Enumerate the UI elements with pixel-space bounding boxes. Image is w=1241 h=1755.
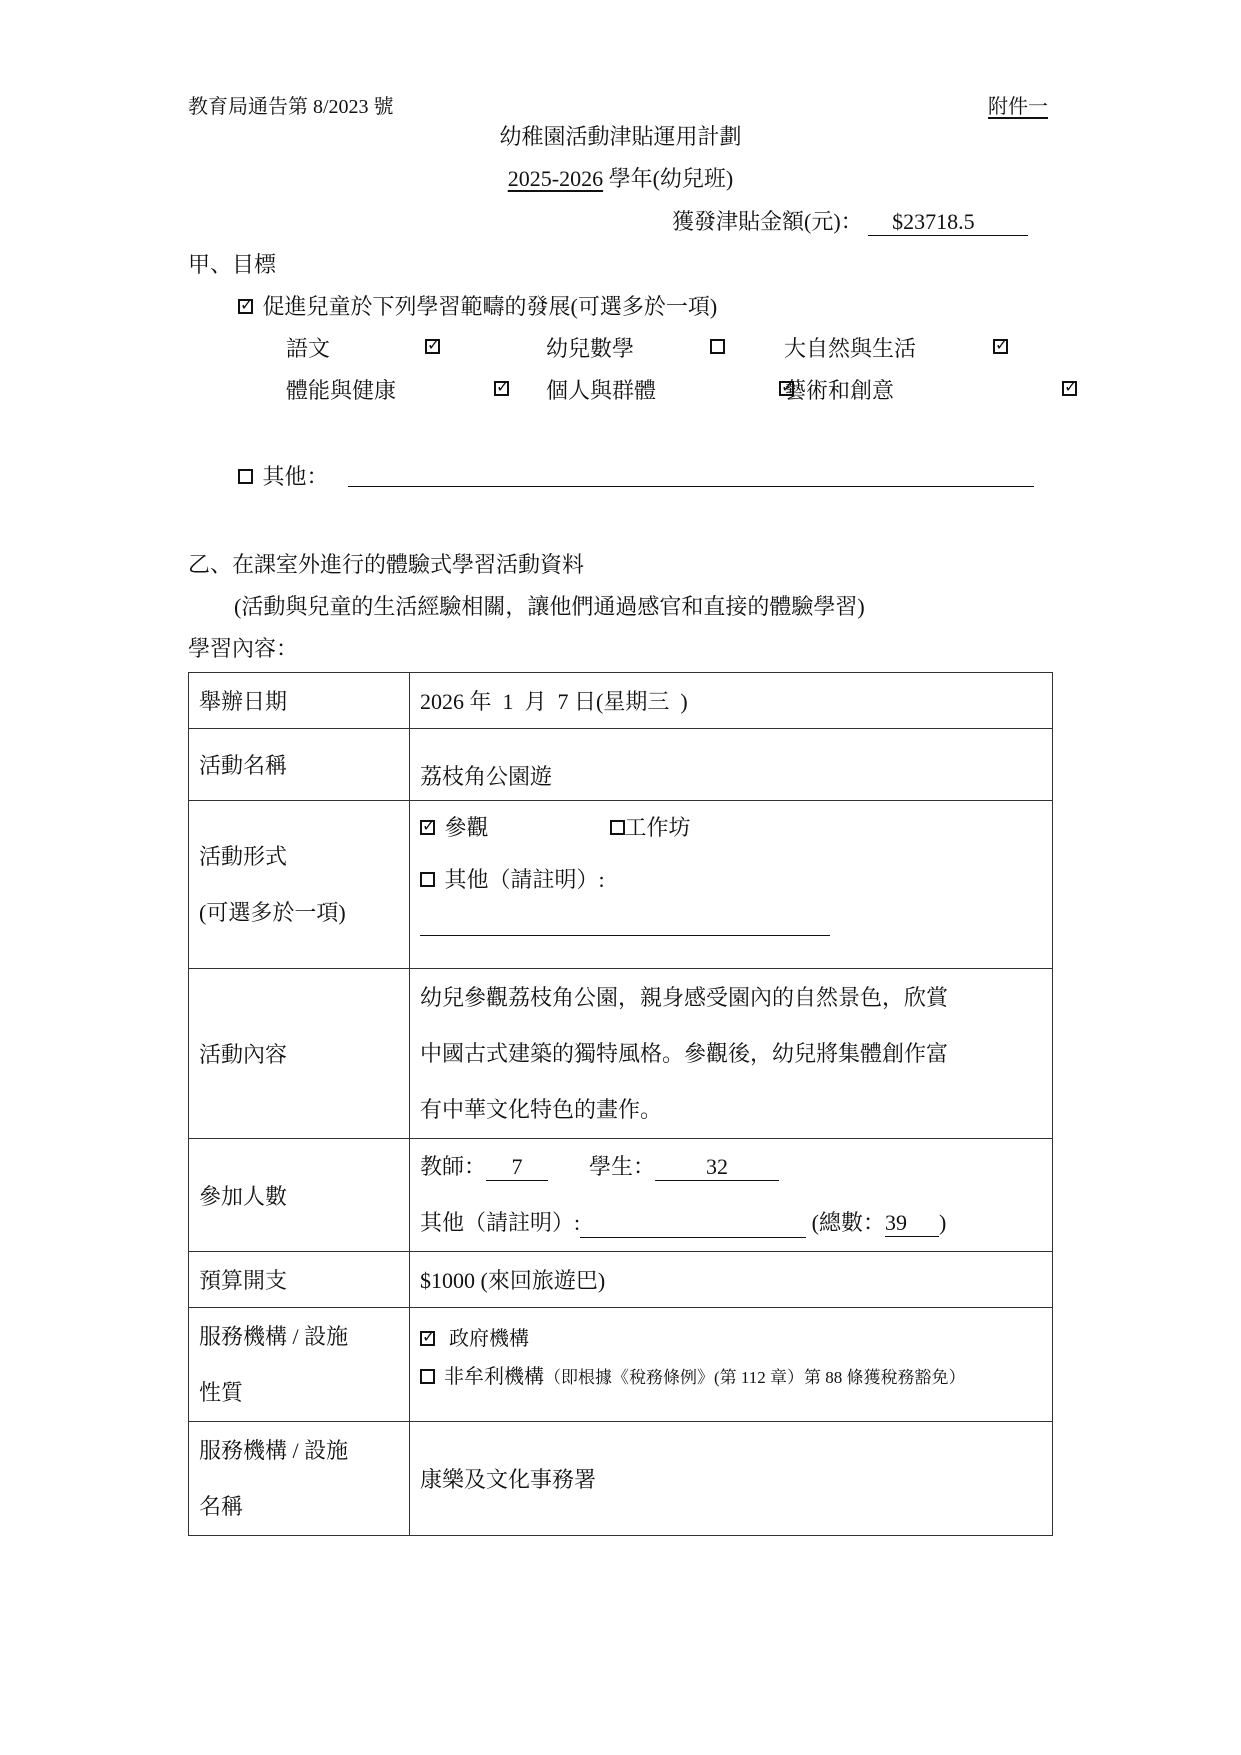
school-year-suffix: 學年(幼兒班) [603,166,733,191]
format-options-cell: 參觀 工作坊 其他（請註明）: [410,801,1053,969]
table-row-provider-name: 服務機構 / 設施 名稱 康樂及文化事務署 [189,1422,1053,1536]
area-label: 個人與群體 [546,378,656,403]
checkbox-unchecked-icon[interactable] [238,469,253,484]
option-label: 非牟利機構 [444,1366,544,1388]
table-row-content: 活動內容 幼兒參觀荔枝角公園，親身感受園內的自然景色，欣賞 中國古式建築的獨特風… [189,969,1053,1139]
activity-name-value[interactable]: 荔枝角公園遊 [410,729,1053,801]
table-row-provider-type: 服務機構 / 設施 性質 政府機構 非牟利機構（即根據《稅務條例》(第 112 … [189,1308,1053,1422]
provider-name-value[interactable]: 康樂及文化事務署 [410,1422,1053,1536]
content-label: 活動內容 [189,969,410,1139]
checkbox-unchecked-icon[interactable] [710,339,725,354]
budget-label: 預算開支 [189,1252,410,1308]
school-year-line: 2025-2026 學年(幼兒班) [0,162,1241,193]
checkbox-checked-icon[interactable] [1062,381,1077,396]
area-label: 藝術和創意 [784,378,894,403]
main-objective-option[interactable]: 促進兒童於下列學習範疇的發展(可選多於一項) [238,290,717,321]
provider-name-label-cell: 服務機構 / 設施 名稱 [189,1422,410,1536]
budget-value[interactable]: $1000 (來回旅遊巴) [410,1252,1053,1308]
checkbox-checked-icon[interactable] [420,1331,435,1346]
option-label: 參觀 [445,815,489,840]
format-option-workshop[interactable]: 工作坊 [610,815,691,840]
checkbox-unchecked-icon[interactable] [610,820,625,835]
provider-type-label: 服務機構 / 設施 [199,1309,399,1365]
table-row-name: 活動名稱 荔枝角公園遊 [189,729,1053,801]
teachers-label: 教師： [420,1154,486,1179]
learning-content-label: 學習內容： [188,632,298,663]
table-row-format: 活動形式 (可選多於一項) 參觀 工作坊 其他（請註明）: [189,801,1053,969]
area-option-nature[interactable]: 大自然與生活 [784,332,916,363]
area-label: 語文 [286,336,330,361]
format-option-other[interactable]: 其他（請註明）: [420,863,1042,915]
checkbox-checked-icon[interactable] [993,339,1008,354]
content-line: 幼兒參觀荔枝角公園，親身感受園內的自然景色，欣賞 [420,970,1042,1026]
option-label: 工作坊 [625,815,691,840]
date-value[interactable]: 2026 年 1 月 7 日(星期三 ) [410,673,1053,729]
circular-reference: 教育局通告第 8/2023 號 [188,90,394,119]
option-note: （即根據《稅務條例》(第 112 章）第 88 條獲稅務豁免） [544,1368,966,1387]
others-field[interactable] [580,1211,806,1238]
checkbox-unchecked-icon[interactable] [420,1369,435,1384]
area-option-physical[interactable]: 體能與健康 [286,374,396,405]
format-label: 活動形式 [199,829,399,885]
format-other-field[interactable] [420,915,830,936]
total-label: (總數： [812,1210,885,1235]
checkbox-unchecked-icon[interactable] [420,872,435,887]
content-line: 中國古式建築的獨特風格。參觀後，幼兒將集體創作富 [420,1026,1042,1082]
grant-label: 獲發津貼金額(元)： [672,209,863,234]
section-b-heading: 乙、在課室外進行的體驗式學習活動資料 [188,548,584,579]
checkbox-checked-icon[interactable] [420,820,435,835]
table-row-budget: 預算開支 $1000 (來回旅遊巴) [189,1252,1053,1308]
other-objective-option[interactable]: 其他： [238,460,329,491]
activity-table: 舉辦日期 2026 年 1 月 7 日(星期三 ) 活動名稱 荔枝角公園遊 活動… [188,672,1053,1536]
provider-name-label-2: 名稱 [199,1479,399,1535]
option-label: 政府機構 [449,1328,529,1350]
total-close: ) [939,1210,946,1235]
area-option-self-society[interactable]: 個人與群體 [546,374,656,405]
area-option-arts[interactable]: 藝術和創意 [784,374,894,405]
content-value[interactable]: 幼兒參觀荔枝角公園，親身感受園內的自然景色，欣賞 中國古式建築的獨特風格。參觀後… [410,969,1053,1139]
area-option-math[interactable]: 幼兒數學 [546,332,634,363]
area-label: 體能與健康 [286,378,396,403]
area-label: 幼兒數學 [546,336,634,361]
annex-label: 附件一 [988,90,1048,119]
section-b-subheading: (活動與兒童的生活經驗相關，讓他們通過感官和直接的體驗學習) [234,590,865,621]
teachers-field[interactable]: 7 [486,1154,548,1181]
students-label: 學生： [589,1154,655,1179]
other-objective-field[interactable] [348,466,1034,487]
format-label-cell: 活動形式 (可選多於一項) [189,801,410,969]
document-title: 幼稚園活動津貼運用計劃 [0,120,1241,151]
format-hint: (可選多於一項) [199,885,399,941]
grant-amount-row: 獲發津貼金額(元)： $23718.5 [672,205,1028,236]
table-row-date: 舉辦日期 2026 年 1 月 7 日(星期三 ) [189,673,1053,729]
participants-label: 參加人數 [189,1139,410,1252]
provider-type-options-cell: 政府機構 非牟利機構（即根據《稅務條例》(第 112 章）第 88 條獲稅務豁免… [410,1308,1053,1422]
checkbox-checked-icon[interactable] [494,381,509,396]
area-label: 大自然與生活 [784,336,916,361]
format-option-visit[interactable]: 參觀 [420,815,489,840]
date-label: 舉辦日期 [189,673,410,729]
checkbox-checked-icon[interactable] [238,299,253,314]
provider-option-nonprofit[interactable]: 非牟利機構（即根據《稅務條例》(第 112 章）第 88 條獲稅務豁免） [420,1360,1042,1389]
others-label: 其他（請註明）: [420,1210,580,1235]
total-field[interactable]: 39 [885,1210,939,1237]
grant-amount-field[interactable]: $23718.5 [868,209,1028,236]
provider-option-government[interactable]: 政府機構 [420,1322,1042,1360]
table-row-participants: 參加人數 教師：7 學生：32 其他（請註明）: (總數：39) [189,1139,1053,1252]
section-a-heading: 甲、目標 [188,248,276,279]
checkbox-checked-icon[interactable] [425,339,440,354]
content-line: 有中華文化特色的畫作。 [420,1082,1042,1138]
main-objective-label: 促進兒童於下列學習範疇的發展(可選多於一項) [263,294,718,319]
provider-name-label: 服務機構 / 設施 [199,1423,399,1479]
other-objective-label: 其他： [263,464,329,489]
school-year: 2025-2026 [508,166,603,191]
option-label: 其他（請註明）: [445,867,605,892]
participants-cell: 教師：7 學生：32 其他（請註明）: (總數：39) [410,1139,1053,1252]
provider-type-label-2: 性質 [199,1365,399,1421]
students-field[interactable]: 32 [655,1154,779,1181]
activity-name-label: 活動名稱 [189,729,410,801]
area-option-language[interactable]: 語文 [286,332,330,363]
provider-type-label-cell: 服務機構 / 設施 性質 [189,1308,410,1422]
